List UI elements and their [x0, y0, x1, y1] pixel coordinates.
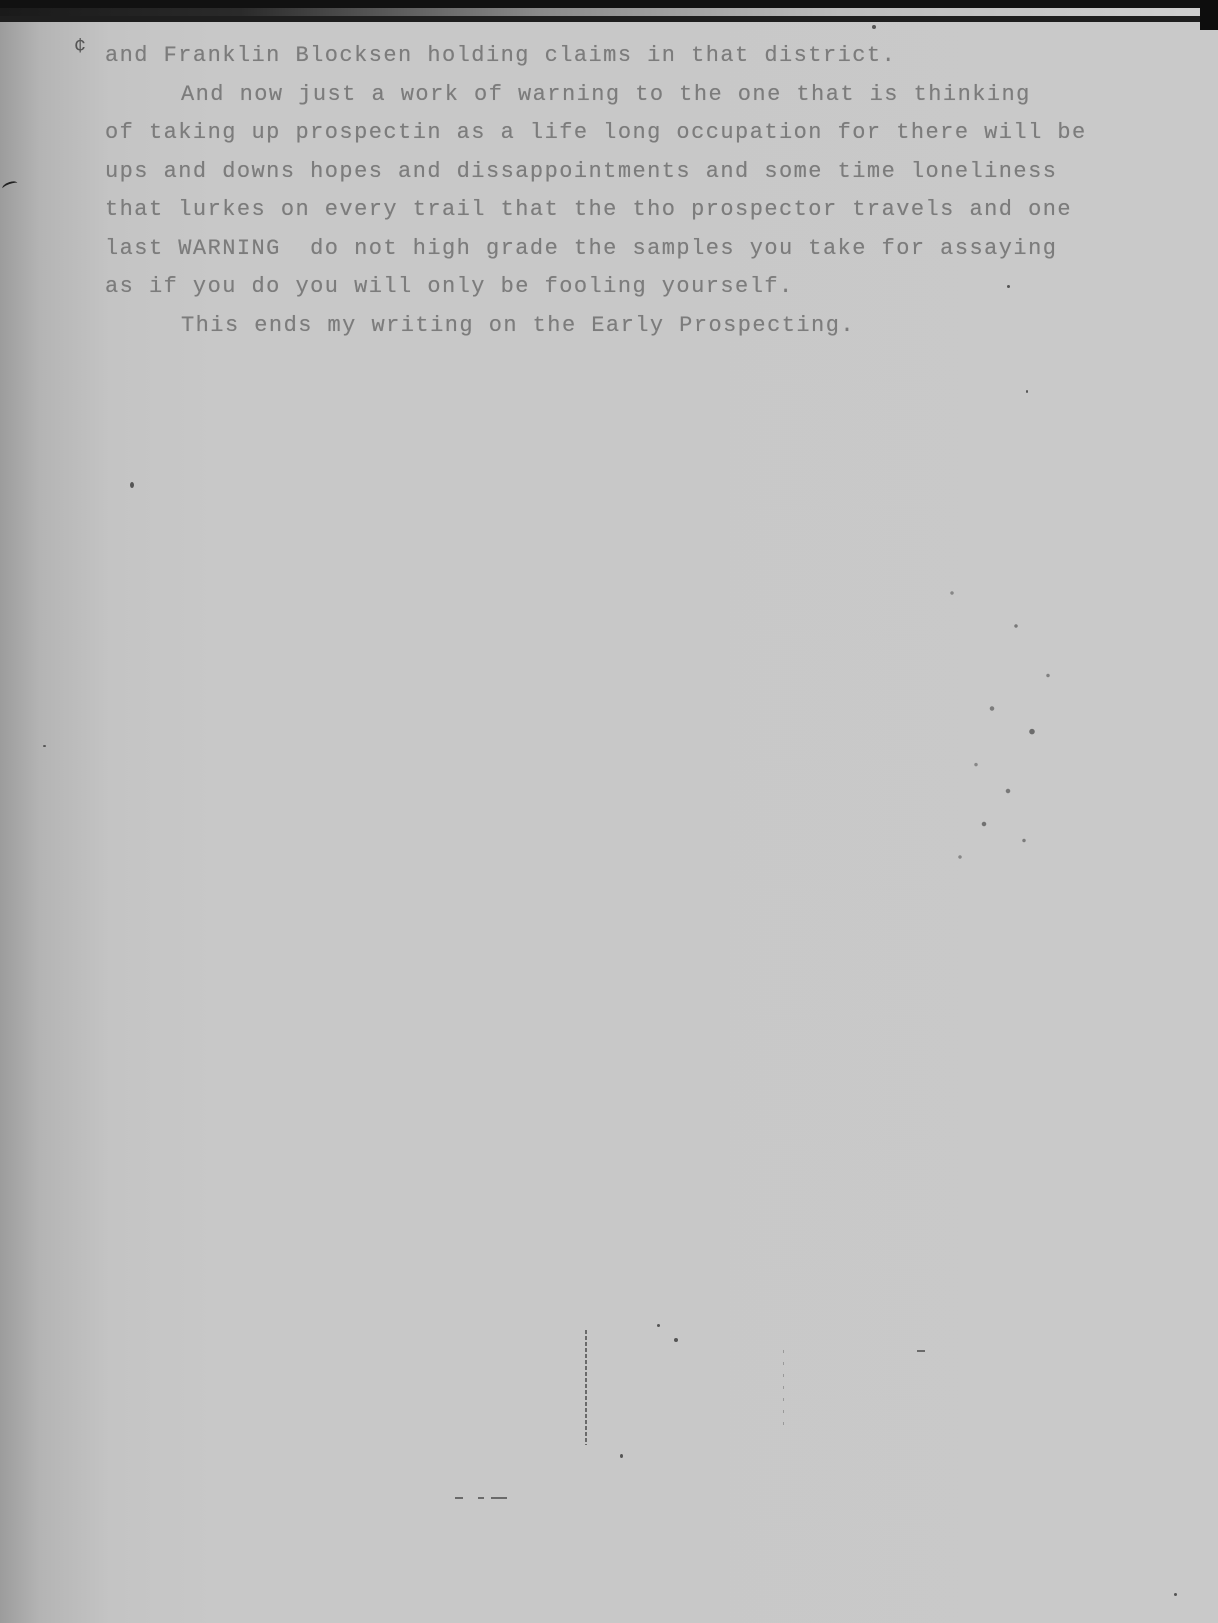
scan-artifact-dash: [478, 1497, 484, 1499]
scan-speck: [674, 1338, 678, 1342]
text-line-7: as if you do you will only be fooling yo…: [105, 268, 1185, 307]
scan-artifact-line: [585, 1330, 587, 1445]
scan-top-border: [0, 0, 1218, 8]
scan-artifact-line-faint: [783, 1350, 784, 1425]
scan-top-border-lower: [0, 16, 1218, 22]
typed-text-block: and Franklin Blocksen holding claims in …: [105, 37, 1185, 345]
scanned-page: ¢ and Franklin Blocksen holding claims i…: [0, 0, 1218, 1623]
scan-speckle-noise: [920, 560, 1080, 890]
scan-speck: [657, 1324, 660, 1327]
scan-speck: [130, 482, 134, 488]
scan-speck: [1174, 1593, 1177, 1596]
scan-speck: [43, 745, 46, 747]
text-line-6: last WARNING do not high grade the sampl…: [105, 230, 1185, 269]
scan-artifact-dash: [917, 1350, 925, 1352]
scan-scratch-mark: [1, 180, 19, 193]
scan-artifact-dash: [491, 1497, 507, 1499]
text-line-2: And now just a work of warning to the on…: [105, 76, 1185, 115]
scan-corner: [1200, 0, 1218, 30]
scan-speck: [872, 25, 876, 29]
scan-speck: [620, 1454, 623, 1458]
margin-mark: ¢: [74, 38, 90, 60]
text-line-3: of taking up prospectin as a life long o…: [105, 114, 1185, 153]
text-line-1: and Franklin Blocksen holding claims in …: [105, 37, 1185, 76]
scan-speck: [1026, 390, 1028, 393]
scan-top-border-shadow: [0, 8, 1200, 16]
text-line-5: that lurkes on every trail that the tho …: [105, 191, 1185, 230]
text-line-8: This ends my writing on the Early Prospe…: [105, 307, 1185, 346]
text-line-4: ups and downs hopes and dissappointments…: [105, 153, 1185, 192]
scan-speck: [1007, 285, 1010, 288]
scan-artifact-dash: [455, 1497, 463, 1499]
